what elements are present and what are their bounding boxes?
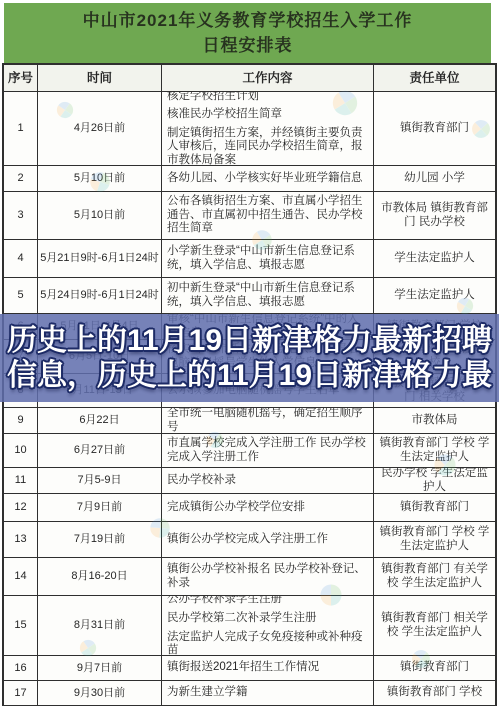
row-content-cell: 民办学校补录 (161, 468, 373, 493)
row-time-cell: 7月19日前 (37, 522, 161, 557)
row-time-cell: 5月21日9时-6月1日24时 (37, 240, 161, 277)
row-time-cell: 4月26日前 (37, 92, 161, 165)
row-time-cell: 6月22日 (37, 408, 161, 433)
row-unit-cell: 幼儿园 小学 (373, 166, 495, 191)
page-title-line1: 中山市2021年义务教育学校招生入学工作 (83, 8, 413, 34)
column-header-time: 时间 (37, 65, 161, 91)
row-content-cell: 完成镇街公办学校学位安排 (161, 494, 373, 521)
row-unit-cell: 镇街教育部门 有关学校 学生法定监护人 (373, 558, 495, 595)
table-row: 25月10日前各幼儿园、小学核实好毕业班学籍信息幼儿园 小学 (4, 165, 495, 191)
row-time-cell: 5月10日前 (37, 192, 161, 239)
row-number-cell: 14 (4, 558, 37, 595)
row-number-cell: 12 (4, 494, 37, 521)
table-row: 55月24日9时-6月1日24时初中新生登录“中山市新生信息登记系统，填入学信息… (4, 277, 495, 313)
table-row: 127月9日前完成镇街公办学校学位安排镇街教育部门 (4, 493, 495, 521)
row-number-cell: 3 (4, 192, 37, 239)
row-unit-cell: 镇街教育部门 (373, 494, 495, 521)
row-time-cell: 8月16-20日 (37, 558, 161, 595)
content-paragraph: 小学新生登录“中山市新生信息登记系统，填入学信息、填报志愿 (167, 245, 368, 272)
content-paragraph: 民办学校第二次补录学生注册 (167, 612, 368, 626)
row-content-cell: 全市统一电脑随机摇号，确定招生顺序号 (161, 408, 373, 433)
row-content-cell: 初中新生登录“中山市新生信息登记系统，填入学信息、填报志愿 (161, 278, 373, 313)
row-number-cell: 9 (4, 408, 37, 433)
row-time-cell: 5月24日9时-6月1日24时 (37, 278, 161, 313)
row-content-cell: 镇街公办学校补报名 民办学校补登记、补录 (161, 558, 373, 595)
table-row: 45月21日9时-6月1日24时小学新生登录“中山市新生信息登记系统，填入学信息… (4, 239, 495, 277)
row-number-cell: 11 (4, 468, 37, 493)
row-number-cell: 15 (4, 596, 37, 655)
page-title-banner: 中山市2021年义务教育学校招生入学工作 日程安排表 (4, 3, 491, 63)
content-paragraph: 法定监护人完成子女免疫接种或补种疫苗 (167, 631, 368, 656)
row-number-cell: 2 (4, 166, 37, 191)
content-paragraph: 为新生建立学籍 (167, 686, 368, 700)
page-title-line2: 日程安排表 (203, 33, 293, 59)
row-time-cell: 7月5-9日 (37, 468, 161, 493)
row-number-cell: 10 (4, 434, 37, 467)
row-number-cell: 13 (4, 522, 37, 557)
row-content-cell: 市直属学校完成入学注册工作 民办学校完成入学注册工作 (161, 434, 373, 467)
promo-overlay: 历史上的11月19日新津格力最新招聘 信息，历史上的11月19日新津格力最 (0, 314, 499, 402)
column-header-no: 序号 (4, 65, 37, 91)
row-content-cell: 镇街报送2021年招生工作情况 (161, 656, 373, 680)
table-row: 14月26日前核定学校招生计划核准民办学校招生简章制定镇街招生方案，并经镇街主要… (4, 91, 495, 165)
row-number-cell: 5 (4, 278, 37, 313)
content-paragraph: 核定学校招生计划 (167, 92, 368, 103)
row-number-cell: 16 (4, 656, 37, 680)
table-row: 96月22日全市统一电脑随机摇号，确定招生顺序号市教体局 (4, 407, 495, 433)
content-paragraph: 初中新生登录“中山市新生信息登记系统，填入学信息、填报志愿 (167, 282, 368, 309)
content-paragraph: 镇街报送2021年招生工作情况 (167, 661, 368, 675)
row-unit-cell: 学生法定监护人 (373, 278, 495, 313)
content-paragraph: 民办学校补录 (167, 474, 368, 488)
promo-overlay-line1: 历史上的11月19日新津格力最新招聘 (7, 323, 492, 358)
table-row: 106月27日前市直属学校完成入学注册工作 民办学校完成入学注册工作镇街教育部门… (4, 433, 495, 467)
content-paragraph: 完成镇街公办学校学位安排 (167, 501, 368, 515)
row-unit-cell: 镇街教育部门 学校 学生法定监护人 (373, 522, 495, 557)
row-time-cell: 9月30日前 (37, 681, 161, 705)
row-content-cell: 公办学校补录学生注册民办学校第二次补录学生注册法定监护人完成子女免疫接种或补种疫… (161, 596, 373, 655)
content-paragraph: 核准民办学校招生简章 (167, 108, 368, 122)
table-row: 148月16-20日镇街公办学校补报名 民办学校补登记、补录镇街教育部门 有关学… (4, 557, 495, 595)
content-paragraph: 镇街公办学校完成入学注册工作 (167, 533, 368, 547)
row-time-cell: 8月31日前 (37, 596, 161, 655)
row-unit-cell: 市教体局 (373, 408, 495, 433)
row-unit-cell: 镇街教育部门 学校 学生法定监护人 (373, 434, 495, 467)
row-content-cell: 公布各镇街招生方案、市直属小学招生通告、市直属初中招生通告、民办学校招生简章 (161, 192, 373, 239)
column-header-unit: 责任单位 (373, 65, 495, 91)
table-row: 137月19日前镇街公办学校完成入学注册工作镇街教育部门 学校 学生法定监护人 (4, 521, 495, 557)
row-content-cell: 为新生建立学籍 (161, 681, 373, 705)
content-paragraph: 市直属学校完成入学注册工作 民办学校完成入学注册工作 (167, 437, 368, 464)
promo-overlay-line2: 信息，历史上的11月19日新津格力最 (7, 358, 492, 393)
row-content-cell: 核定学校招生计划核准民办学校招生简章制定镇街招生方案，并经镇街主要负责人审核后，… (161, 92, 373, 165)
schedule-page: 中山市2021年义务教育学校招生入学工作 日程安排表 序号 时间 工作内容 责任… (0, 0, 499, 706)
row-content-cell: 镇街公办学校完成入学注册工作 (161, 522, 373, 557)
table-row: 35月10日前公布各镇街招生方案、市直属小学招生通告、市直属初中招生通告、民办学… (4, 191, 495, 239)
content-paragraph: 镇街公办学校补报名 民办学校补登记、补录 (167, 563, 368, 590)
table-header-row: 序号 时间 工作内容 责任单位 (4, 65, 495, 91)
row-unit-cell: 镇街教育部门 相关学校 学生法定监护人 (373, 596, 495, 655)
row-unit-cell: 镇街教育部门 (373, 656, 495, 680)
row-unit-cell: 市教体局 镇街教育部门 民办学校 (373, 192, 495, 239)
content-paragraph: 各幼儿园、小学核实好毕业班学籍信息 (167, 172, 368, 186)
content-paragraph: 制定镇街招生方案，并经镇街主要负责人审核后，连同民办学校招生简章，报市教体局备案 (167, 127, 368, 165)
table-row: 179月30日前为新生建立学籍镇街教育部门 学校 (4, 680, 495, 705)
table-row: 169月7日前镇街报送2021年招生工作情况镇街教育部门 (4, 655, 495, 680)
row-unit-cell: 学生法定监护人 (373, 240, 495, 277)
table-row: 117月5-9日民办学校补录民办学校 学生法定监护人 (4, 467, 495, 493)
content-paragraph: 全市统一电脑随机摇号，确定招生顺序号 (167, 408, 368, 433)
row-time-cell: 6月27日前 (37, 434, 161, 467)
row-time-cell: 7月9日前 (37, 494, 161, 521)
row-number-cell: 4 (4, 240, 37, 277)
row-number-cell: 1 (4, 92, 37, 165)
content-paragraph: 公布各镇街招生方案、市直属小学招生通告、市直属初中招生通告、民办学校招生简章 (167, 195, 368, 236)
row-time-cell: 5月10日前 (37, 166, 161, 191)
row-unit-cell: 镇街教育部门 学校 (373, 681, 495, 705)
table-row: 158月31日前公办学校补录学生注册民办学校第二次补录学生注册法定监护人完成子女… (4, 595, 495, 655)
row-content-cell: 小学新生登录“中山市新生信息登记系统，填入学信息、填报志愿 (161, 240, 373, 277)
row-unit-cell: 民办学校 学生法定监护人 (373, 468, 495, 493)
row-content-cell: 各幼儿园、小学核实好毕业班学籍信息 (161, 166, 373, 191)
column-header-content: 工作内容 (161, 65, 373, 91)
row-number-cell: 17 (4, 681, 37, 705)
row-time-cell: 9月7日前 (37, 656, 161, 680)
content-paragraph: 公办学校补录学生注册 (167, 596, 368, 607)
row-unit-cell: 镇街教育部门 (373, 92, 495, 165)
